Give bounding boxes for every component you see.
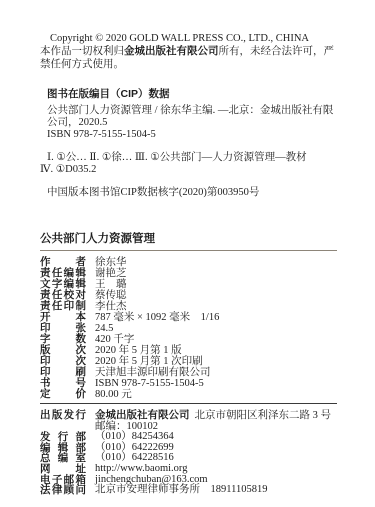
info-value: 蔡传聪 [95,290,127,301]
info-row-price: 定价80.00 元 [40,389,337,400]
info-value: （010）84254364 [95,431,174,442]
publisher-name-bold: 金城出版社有限公司 [124,45,219,57]
info-label: 法律顾问 [40,485,86,496]
info-value: 邮编：100102 [95,421,158,432]
rights-notice: 本作品一切权利归金城出版社有限公司所有，未经合法许可，严禁任何方式使用。 [40,45,337,71]
publisher-info-list: 出版发行金城出版社有限公司北京市朝阳区利泽东二路 3 号 邮编：100102 发… [40,410,337,496]
info-value: 谢艳芝 [95,268,127,279]
section-divider [40,403,337,404]
email-address: jinchengchuban@163.com [95,474,208,485]
info-value: 李仕杰 [95,301,127,312]
info-value: 2020 年 5 月第 1 版 [95,345,182,356]
cip-isbn-line: ISBN 978-7-5155-1504-5 [40,129,337,141]
info-value: 80.00 元 [95,389,132,400]
book-title-block: 公共部门人力资源管理 [40,233,337,251]
info-value: 787 毫米 × 1092 毫米 1/16 [95,312,219,323]
info-value: 王 璐 [95,279,127,290]
copyright-line: Copyright © 2020 GOLD WALL PRESS CO., LT… [40,32,337,45]
info-label: 定价 [40,389,86,400]
info-label: 出版发行 [40,410,86,421]
info-value: 天津旭丰源印刷有限公司 [95,367,211,378]
colophon-page: Copyright © 2020 GOLD WALL PRESS CO., LT… [0,0,375,507]
info-value: （010）64228516 [95,452,174,463]
publisher-name-bold: 金城出版社有限公司 [95,409,190,421]
info-row-publisher: 出版发行金城出版社有限公司北京市朝阳区利泽东二路 3 号 [40,410,337,422]
book-title: 公共部门人力资源管理 [40,233,337,245]
info-value: 徐东华 [95,257,127,268]
info-value: 420 千字 [95,334,134,345]
spacer [40,141,337,152]
cip-record-line: 中国版本图书馆CIP数据核字(2020)第003950号 [40,187,337,199]
cip-heading: 图书在版编目（CIP）数据 [40,88,337,100]
spacer [40,176,337,187]
cip-classification-line1: Ⅰ. ①公… Ⅱ. ①徐… Ⅲ. ①公共部门—人力资源管理—教材 [40,152,337,164]
cip-classification-line2: Ⅳ. ①D035.2 [40,164,337,176]
info-value: 2020 年 5 月第 1 次印刷 [95,356,203,367]
info-value: 24.5 [95,323,113,334]
info-label: 网址 [40,464,86,475]
cip-entry-line: 公共部门人力资源管理 / 徐东华主编. —北京：金城出版社有限公司，2020.5 [40,105,337,129]
publisher-address: 北京市朝阳区利泽东二路 3 号 [195,410,332,421]
info-value: ISBN 978-7-5155-1504-5 [95,378,204,389]
copyright-block: Copyright © 2020 GOLD WALL PRESS CO., LT… [40,32,337,71]
info-value: 北京市安理律师事务所 18911105819 [95,484,267,495]
rights-notice-prefix: 本作品一切权利归 [40,46,124,57]
info-row-legal-counsel: 法律顾问北京市安理律师事务所 18911105819 [40,485,337,496]
website-url: http://www.baomi.org [95,463,187,474]
title-divider [40,250,337,251]
publication-info-list: 作者徐东华 责任编辑谢艳芝 文字编辑王 璐 责任校对蔡传聪 责任印制李仕杰 开本… [40,257,337,400]
info-row-website: 网址http://www.baomi.org [40,464,337,475]
cip-block: 图书在版编目（CIP）数据 公共部门人力资源管理 / 徐东华主编. —北京：金城… [40,88,337,199]
